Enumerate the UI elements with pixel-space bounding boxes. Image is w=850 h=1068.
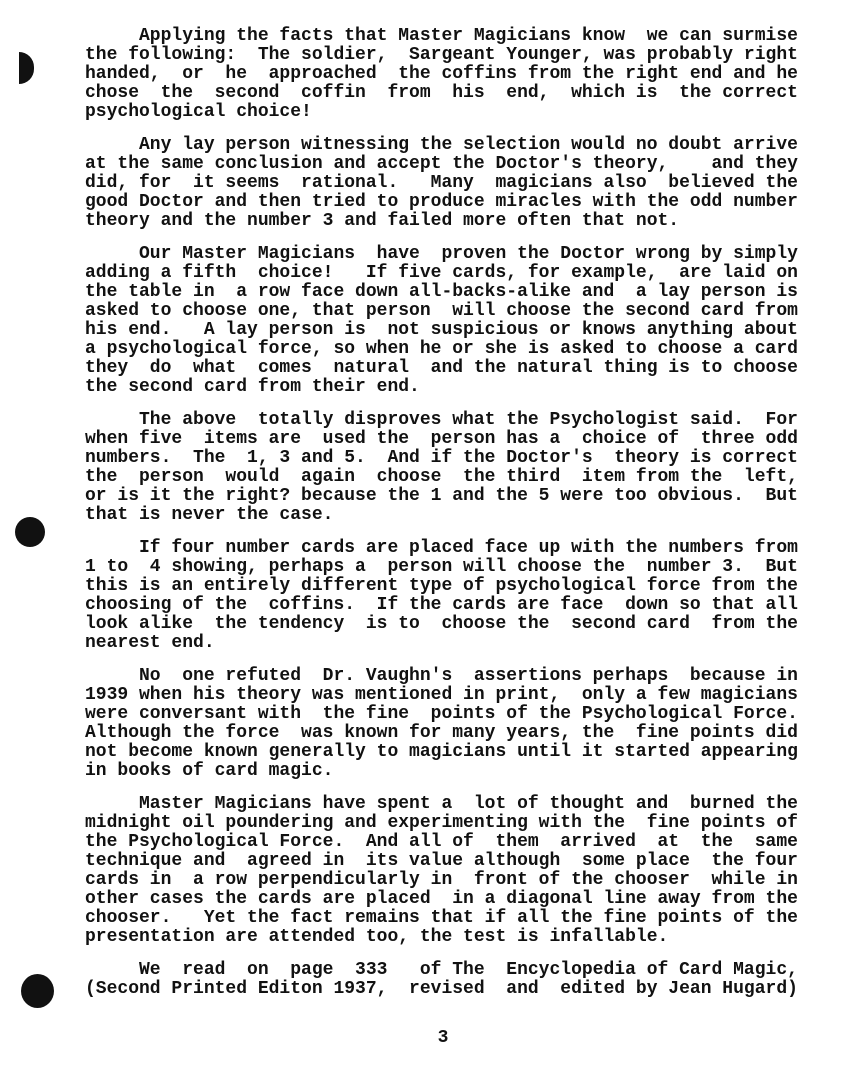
paragraph-disproves-psychologist: The above totally disproves what the Psy…	[85, 411, 801, 525]
paragraph-encyclopedia-reference: We read on page 333 of The Encyclopedia …	[85, 961, 801, 999]
document-body: Applying the facts that Master Magicians…	[85, 27, 801, 1048]
paragraph-lay-person-selection: Any lay person witnessing the selection …	[85, 136, 801, 231]
page-number: 3	[85, 1029, 801, 1048]
document-page: Applying the facts that Master Magicians…	[0, 0, 850, 1068]
hole-punch-bottom-icon	[21, 974, 54, 1008]
paragraph-no-one-refuted: No one refuted Dr. Vaughn's assertions p…	[85, 667, 801, 781]
paragraph-master-magicians-technique: Master Magicians have spent a lot of tho…	[85, 795, 801, 947]
paragraph-fifth-choice: Our Master Magicians have proven the Doc…	[85, 245, 801, 397]
hole-punch-top-icon	[19, 52, 34, 84]
paragraph-four-number-cards: If four number cards are placed face up …	[85, 539, 801, 653]
paragraph-applying-facts: Applying the facts that Master Magicians…	[85, 27, 801, 122]
hole-punch-middle-icon	[15, 517, 45, 547]
